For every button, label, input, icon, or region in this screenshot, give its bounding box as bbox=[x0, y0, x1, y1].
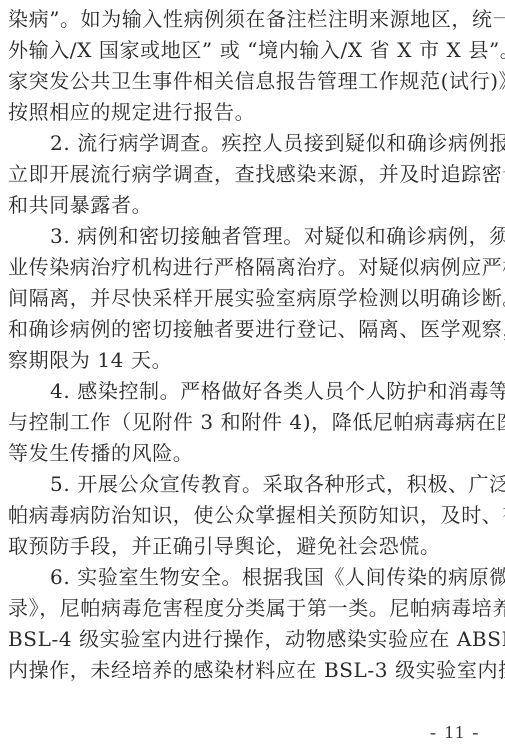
text-line: 和确诊病例的密切接触者要进行登记、隔离、医学观察，医学观 bbox=[8, 314, 498, 345]
text-line: 按照相应的规定进行报告。 bbox=[8, 97, 498, 128]
text-line: 3. 病例和密切接触者管理。对疑似和确诊病例，须转运至专 bbox=[8, 221, 498, 252]
page-number: - 11 - bbox=[430, 722, 480, 743]
text-line: 录》，尼帕病毒危害程度分类属于第一类。尼帕病毒培养应在 bbox=[8, 593, 498, 624]
text-line: 6. 实验室生物安全。根据我国《人间传染的病原微生物名 bbox=[8, 562, 498, 593]
text-line: 察期限为 14 天。 bbox=[8, 345, 498, 376]
text-line: 与控制工作（见附件 3 和附件 4)，降低尼帕病毒病在医疗机构内 bbox=[8, 407, 498, 438]
paragraph-infection-control: 4. 感染控制。严格做好各类人员个人防护和消毒等感染预防 与控制工作（见附件 3… bbox=[8, 376, 498, 469]
text-line: 5. 开展公众宣传教育。采取各种形式，积极、广泛地宣传尼 bbox=[8, 469, 498, 500]
text-line: 帕病毒病防治知识，使公众掌握相关预防知识，及时、有效地采 bbox=[8, 500, 498, 531]
text-line: 2. 流行病学调查。疾控人员接到疑似和确诊病例报告后，要 bbox=[8, 128, 498, 159]
paragraph-lab-biosafety: 6. 实验室生物安全。根据我国《人间传染的病原微生物名 录》，尼帕病毒危害程度分… bbox=[8, 562, 498, 686]
paragraph-case-contact-management: 3. 病例和密切接触者管理。对疑似和确诊病例，须转运至专 业传染病治疗机构进行严… bbox=[8, 221, 498, 376]
paragraph-epidemiological-investigation: 2. 流行病学调查。疾控人员接到疑似和确诊病例报告后，要 立即开展流行病学调查，… bbox=[8, 128, 498, 221]
text-line: BSL-4 级实验室内进行操作，动物感染实验应在 ABSL-4 级实验室 bbox=[8, 624, 498, 655]
text-line: 间隔离，并尽快采样开展实验室病原学检测以明确诊断。对疑似 bbox=[8, 283, 498, 314]
paragraph-report-format: 染病”。如为输入性病例须在备注栏注明来源地区，统一格式为“境 外输入/X 国家或… bbox=[8, 4, 498, 128]
text-line: 外输入/X 国家或地区” 或 “境内输入/X 省 X 市 X 县”。符合《国 bbox=[8, 35, 498, 66]
text-line: 和共同暴露者。 bbox=[8, 190, 498, 221]
text-line: 染病”。如为输入性病例须在备注栏注明来源地区，统一格式为“境 bbox=[8, 4, 498, 35]
text-line: 立即开展流行病学调查，查找感染来源，并及时追踪密切接触者 bbox=[8, 159, 498, 190]
text-line: 业传染病治疗机构进行严格隔离治疗。对疑似病例应严格单人单 bbox=[8, 252, 498, 283]
text-line: 家突发公共卫生事件相关信息报告管理工作规范(试行)》要求的， bbox=[8, 66, 498, 97]
text-line: 4. 感染控制。严格做好各类人员个人防护和消毒等感染预防 bbox=[8, 376, 498, 407]
document-page: 染病”。如为输入性病例须在备注栏注明来源地区，统一格式为“境 外输入/X 国家或… bbox=[8, 4, 498, 686]
text-line: 等发生传播的风险。 bbox=[8, 438, 498, 469]
paragraph-public-education: 5. 开展公众宣传教育。采取各种形式，积极、广泛地宣传尼 帕病毒病防治知识，使公… bbox=[8, 469, 498, 562]
text-line: 内操作，未经培养的感染材料应在 BSL-3 级实验室内操作，灭活 bbox=[8, 655, 498, 686]
text-line: 取预防手段，并正确引导舆论，避免社会恐慌。 bbox=[8, 531, 498, 562]
